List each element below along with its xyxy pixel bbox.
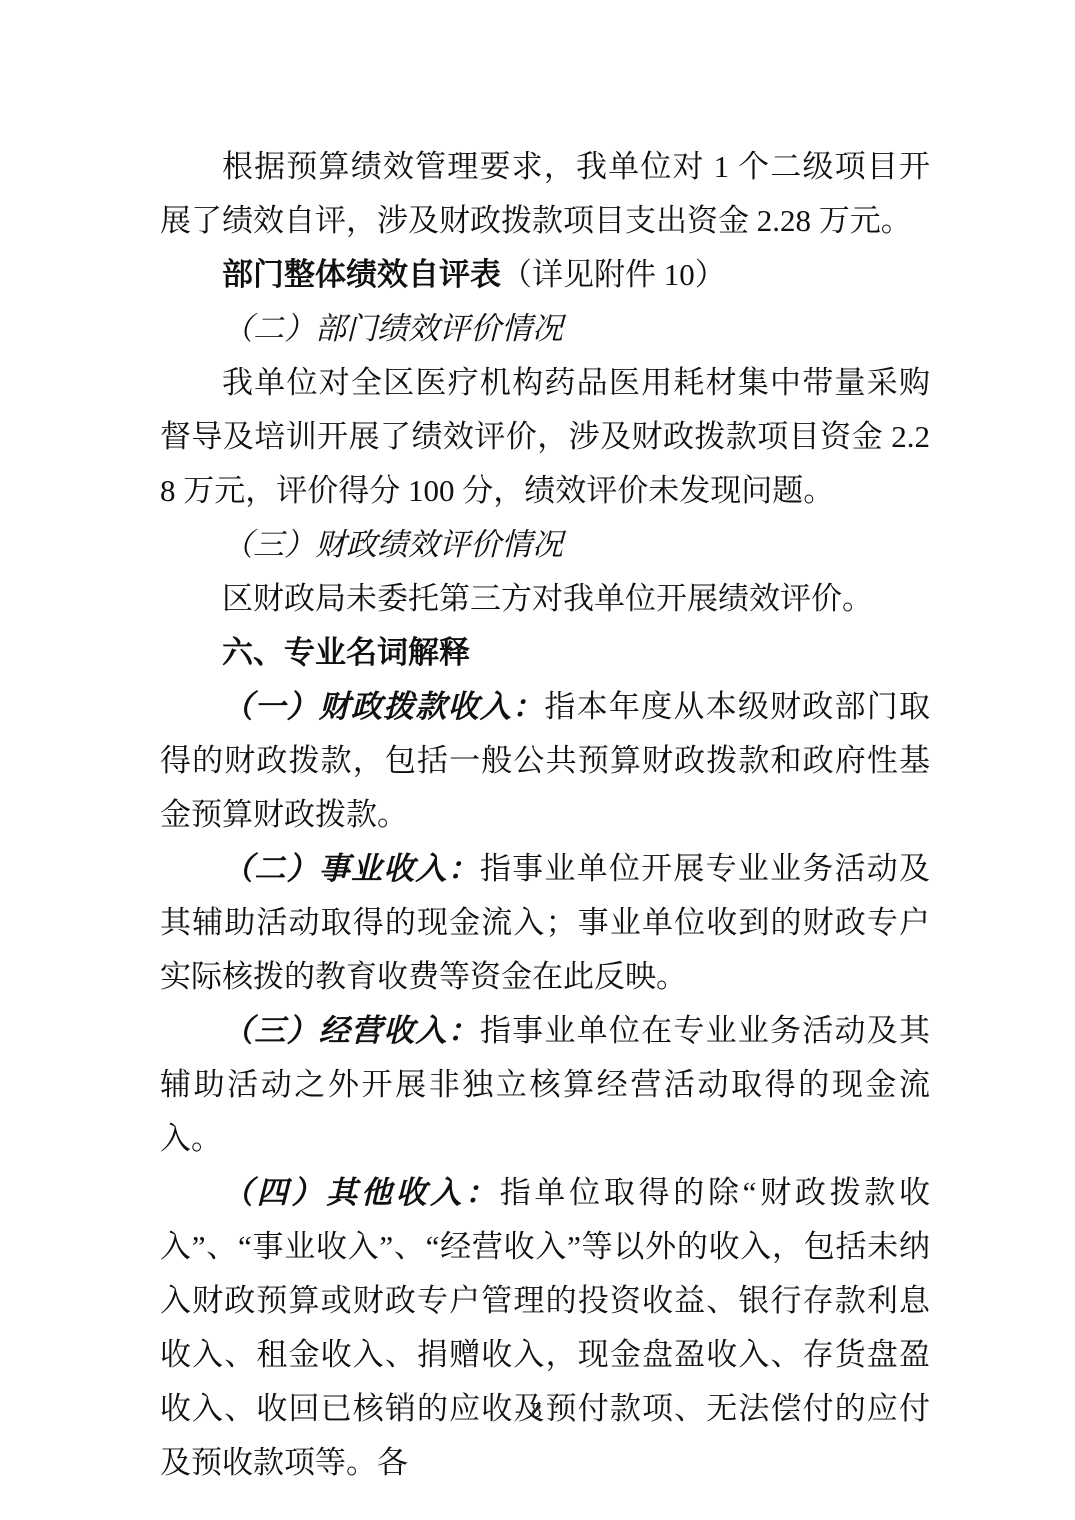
paragraph-5: （三）财政绩效评价情况 xyxy=(160,518,930,572)
page-number: - 8 - xyxy=(0,1398,1075,1423)
text-segment: 六、专业名词解释 xyxy=(222,635,470,670)
paragraph-3: （二）部门绩效评价情况 xyxy=(160,302,930,356)
paragraph-2: 部门整体绩效自评表（详见附件 10） xyxy=(160,248,930,302)
text-segment: 区财政局未委托第三方对我单位开展绩效评价。 xyxy=(222,581,873,616)
paragraph-9: （二）事业收入：指事业单位开展专业业务活动及其辅助活动取得的现金流入；事业单位收… xyxy=(160,842,930,1004)
text-segment: （三）经营收入： xyxy=(222,1013,480,1048)
text-segment: （详见附件 10） xyxy=(501,257,726,292)
paragraph-7: 六、专业名词解释 xyxy=(160,626,930,680)
text-segment: 根据预算绩效管理要求，我单位对 1 个二级项目开展了绩效自评，涉及财政拨款项目支… xyxy=(160,149,930,238)
text-segment: 我单位对全区医疗机构药品医用耗材集中带量采购督导及培训开展了绩效评价，涉及财政拨… xyxy=(160,365,930,508)
paragraph-11: （四）其他收入：指单位取得的除“财政拨款收入”、“事业收入”、“经营收入”等以外… xyxy=(160,1166,930,1490)
document-page: 根据预算绩效管理要求，我单位对 1 个二级项目开展了绩效自评，涉及财政拨款项目支… xyxy=(0,0,1075,1520)
paragraph-10: （三）经营收入：指事业单位在专业业务活动及其辅助活动之外开展非独立核算经营活动取… xyxy=(160,1004,930,1166)
text-segment: （四）其他收入： xyxy=(222,1175,500,1210)
document-body: 根据预算绩效管理要求，我单位对 1 个二级项目开展了绩效自评，涉及财政拨款项目支… xyxy=(160,140,930,1490)
paragraph-6: 区财政局未委托第三方对我单位开展绩效评价。 xyxy=(160,572,930,626)
text-segment: 指单位取得的除“财政拨款收入”、“事业收入”、“经营收入”等以外的收入，包括未纳… xyxy=(160,1175,930,1480)
paragraph-8: （一）财政拨款收入：指本年度从本级财政部门取得的财政拨款，包括一般公共预算财政拨… xyxy=(160,680,930,842)
paragraph-4: 我单位对全区医疗机构药品医用耗材集中带量采购督导及培训开展了绩效评价，涉及财政拨… xyxy=(160,356,930,518)
text-segment: （二）部门绩效评价情况 xyxy=(222,311,563,346)
text-segment: 部门整体绩效自评表 xyxy=(222,257,501,292)
text-segment: （三）财政绩效评价情况 xyxy=(222,527,563,562)
text-segment: （一）财政拨款收入： xyxy=(222,689,544,724)
text-segment: （二）事业收入： xyxy=(222,851,480,886)
paragraph-1: 根据预算绩效管理要求，我单位对 1 个二级项目开展了绩效自评，涉及财政拨款项目支… xyxy=(160,140,930,248)
